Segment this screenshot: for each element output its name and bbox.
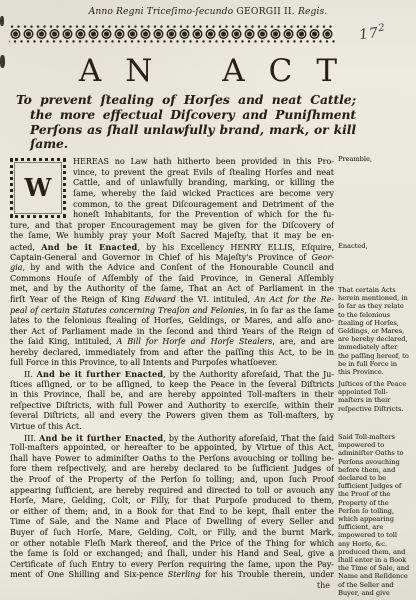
ornament-band xyxy=(9,25,335,43)
text-line: Buyer of ſuch Horſe, Mare, Gelding, Colt… xyxy=(10,528,334,539)
drop-cap-letter: W xyxy=(25,176,52,200)
text-line: or either of them; and, in a Book for th… xyxy=(10,507,334,518)
text-line: Perſons as ſhall unlawfully brand, mark,… xyxy=(16,123,356,138)
text-line: fore them reſpectively, and are hereby d… xyxy=(10,464,334,475)
document-page: Anno Regni Triceſimo-ſecundo GEORGII II.… xyxy=(0,0,416,600)
text-line: honeſt Inhabitants, for the Prevention o… xyxy=(73,210,334,221)
text-line: Time of Sale, and the Name and Place of … xyxy=(10,517,334,528)
margin-note: Said Toll-maſters impowered to adminiſte… xyxy=(338,433,410,597)
page-number: 172 xyxy=(358,22,387,43)
margin-note: Preamble, xyxy=(338,155,410,163)
text-line: ture, and that proper Encouragement may … xyxy=(10,221,334,232)
text-line: Captain-General and Governor in Chief of… xyxy=(10,253,334,264)
text-line: Cattle, and of unlawfully branding, mark… xyxy=(73,178,334,189)
text-line: common, to the great Diſcouragement and … xyxy=(73,200,334,211)
text-line: met, and by the Authority of the ſame, T… xyxy=(10,284,334,295)
text-line: Horſe, Mare, Gelding, Colt, or Filly, fo… xyxy=(10,496,334,507)
text-line: gia, by and with the Advice and Conſent … xyxy=(10,263,334,274)
text-line: HEREAS no Law hath hitherto been provide… xyxy=(73,157,334,168)
catchword: the xyxy=(10,581,334,592)
text-line: full Force in this Province, to all Inte… xyxy=(10,358,334,369)
text-line: vince, to prevent the great Evils of ſte… xyxy=(73,168,334,179)
text-line: or other notable Fleſh Mark thereof, and… xyxy=(10,539,334,550)
text-line: acted, And be it Enacted, by his Excelle… xyxy=(10,242,334,253)
text-line: firſt Year of the Reign of King Edward t… xyxy=(10,295,334,306)
text-line: Virtue of this Act. xyxy=(10,422,334,433)
drop-cap-frame: W xyxy=(10,158,66,218)
text-line: the ſame, We humbly pray your Moſt Sacre… xyxy=(10,231,334,242)
paragraph-section-3: III. And be it further Enacted, by the A… xyxy=(10,433,334,581)
text-line: ſame. xyxy=(16,137,356,152)
margin-note: That certain Acts herein mentioned, in ſ… xyxy=(338,286,410,376)
text-line: ment of One Shilling and Six-pence Sterl… xyxy=(10,570,334,581)
text-line: in this Province, ſhall be, and are here… xyxy=(10,390,334,401)
text-line: To prevent ſtealing of Horſes and neat C… xyxy=(16,93,356,108)
text-line: the more effectual Diſcovery and Puniſhm… xyxy=(16,108,356,123)
text-line: ſhall have Power to adminiſter Oaths to … xyxy=(10,454,334,465)
text-line: III. And be it further Enacted, by the A… xyxy=(10,433,334,444)
text-line: ſame, whereby the ſaid wicked Practices … xyxy=(73,189,334,200)
text-line: hereby declared, immediately from and af… xyxy=(10,348,334,359)
text-line: ther Act of Parliament made in the ſecon… xyxy=(10,327,334,338)
text-line: the ſame is ſold or exchanged; and ſhall… xyxy=(10,549,334,560)
margin-note: Enacted, xyxy=(338,242,410,250)
text-line: Toll-maſters appointed, or hereafter to … xyxy=(10,443,334,454)
text-line: II. And be it further Enacted, by the Au… xyxy=(10,369,334,380)
text-line: ſeveral Diſtricts, all and every the Pow… xyxy=(10,411,334,422)
text-line: peal of certain Statutes concerning Trea… xyxy=(10,306,334,317)
text-line: ſtices aſſigned, or to be aſſigned, to k… xyxy=(10,380,334,391)
act-subtitle: To prevent ſtealing of Horſes and neat C… xyxy=(16,93,356,152)
text-line: appearing ſufficient, are hereby require… xyxy=(10,486,334,497)
text-line: Certificate of ſuch Entry to every Perſo… xyxy=(10,560,334,571)
running-header: Anno Regni Triceſimo-ſecundo GEORGII II.… xyxy=(0,6,416,17)
text-line: lates to the felonious ſtealing of Horſe… xyxy=(10,316,334,327)
margin-note: Juſtices of the Peace appointed Toll-maſ… xyxy=(338,380,410,413)
scan-speck xyxy=(0,16,4,26)
text-line: Commons Houſe of Aſſembly of the ſaid Pr… xyxy=(10,274,334,285)
scan-speck xyxy=(0,55,5,68)
text-line: the Proof of the Property of the Perſon … xyxy=(10,475,334,486)
act-title: AN ACT xyxy=(0,53,416,89)
paragraph-section-2: II. And be it further Enacted, by the Au… xyxy=(10,369,334,433)
text-line: the ſaid King, intituled, A Bill for Hor… xyxy=(10,337,334,348)
body-text: W HEREAS no Law hath hitherto been provi… xyxy=(10,157,334,591)
text-line: reſpective Diſtricts, with full Power an… xyxy=(10,401,334,412)
